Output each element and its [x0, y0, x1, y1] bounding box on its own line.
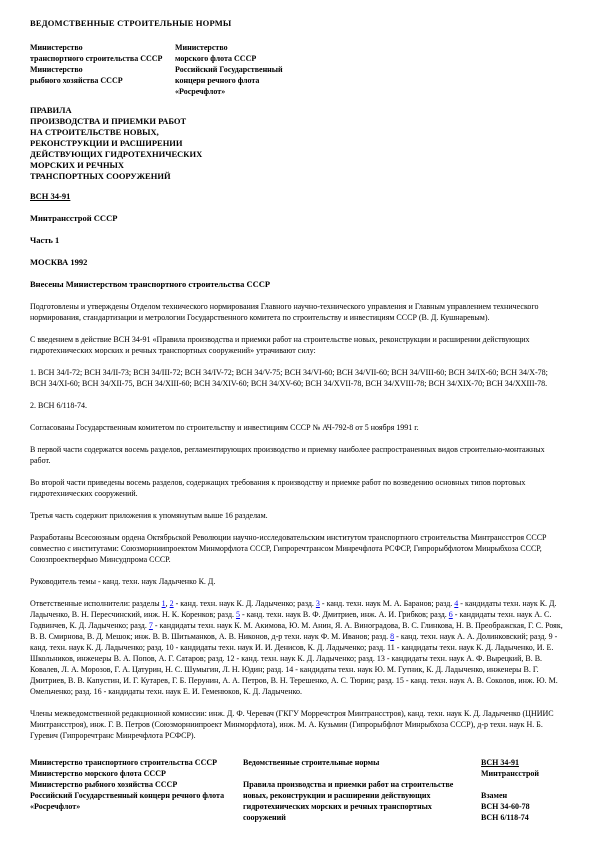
footer-replaces-label: Взамен [481, 790, 565, 801]
ministry-line: концерн речного флота [175, 75, 565, 86]
section-link[interactable]: 1 [162, 599, 166, 608]
paragraph: Во второй части приведены восемь раздело… [30, 477, 565, 499]
section-link[interactable]: 5 [236, 610, 240, 619]
footer-rules-text: Правила производства и приемки работ на … [243, 779, 465, 823]
ministry-line: Министерство [30, 42, 175, 53]
footer-replaces-item: ВСН 34-60-78 [481, 801, 565, 812]
ministry-line: Министерство [175, 42, 565, 53]
section-link[interactable]: 7 [149, 621, 153, 630]
footer-center-column: Ведомственные строительные нормы Правила… [243, 757, 465, 823]
ministry-line: рыбного хозяйства СССР [30, 75, 175, 86]
footer-vsn-code: ВСН 34-91 [481, 757, 565, 768]
footer-gap [243, 768, 465, 779]
paragraph: 2. ВСН 6/118-74. [30, 400, 565, 411]
footer-ministry-item: Министерство рыбного хозяйства СССР [30, 779, 225, 790]
ministry-line: Министерство [30, 64, 175, 75]
paragraph: Члены межведомственной редакционной коми… [30, 708, 565, 741]
rules-title-line: МОРСКИХ И РЕЧНЫХ [30, 160, 565, 171]
section-link[interactable]: 6 [449, 610, 453, 619]
footer-ministry-item: Российский Государственный концерн речно… [30, 790, 225, 812]
ministry-line: «Росречфлот» [175, 86, 565, 97]
rules-title-line: ТРАНСПОРТНЫХ СООРУЖЕНИЙ [30, 171, 565, 182]
ministries-block: Министерствотранспортного строительства … [30, 42, 565, 97]
vsn-code: ВСН 34-91 [30, 191, 565, 202]
submitted-by: Внесены Министерством транспортного стро… [30, 279, 565, 290]
ministry-line: морского флота СССР [175, 53, 565, 64]
ministry-column-left: Министерствотранспортного строительства … [30, 42, 175, 97]
paragraph: Третья часть содержит приложения к упомя… [30, 510, 565, 521]
paragraph: Руководитель темы - канд. техн. наук Лад… [30, 576, 565, 587]
footer-ministry-item: Министерство морского флота СССР [30, 768, 225, 779]
paragraph: В первой части содержатся восемь раздело… [30, 444, 565, 466]
paragraph: С введением в действие ВСН 34-91 «Правил… [30, 334, 565, 356]
rules-title-line: ДЕЙСТВУЮЩИХ ГИДРОТЕХНИЧЕСКИХ [30, 149, 565, 160]
rules-title-line: ПРАВИЛА [30, 105, 565, 116]
footer-replaces-list: ВСН 34-60-78ВСН 6/118-74 [481, 801, 565, 823]
paragraph: 1. ВСН 34/I-72; ВСН 34/II-73; ВСН 34/III… [30, 367, 565, 389]
document-page: ВЕДОМСТВЕННЫЕ СТРОИТЕЛЬНЫЕ НОРМЫ Министе… [0, 0, 595, 842]
city-year: МОСКВА 1992 [30, 257, 565, 268]
doc-type-header: ВЕДОМСТВЕННЫЕ СТРОИТЕЛЬНЫЕ НОРМЫ [30, 18, 565, 28]
section-link[interactable]: 4 [454, 599, 458, 608]
ministry-column-right: Министерствоморского флота СССРРоссийски… [175, 42, 565, 97]
ministry-label: Минтрансстрой СССР [30, 213, 565, 224]
section-link[interactable]: 2 [170, 599, 174, 608]
footer-ministry-name: Минтрансстрой [481, 768, 565, 779]
ministry-line: транспортного строительства СССР [30, 53, 175, 64]
section-link[interactable]: 8 [390, 632, 394, 641]
paragraph: Подготовлены и утверждены Отделом технич… [30, 301, 565, 323]
paragraph: Ответственные исполнители: разделы 1, 2 … [30, 598, 565, 697]
section-link[interactable]: 3 [316, 599, 320, 608]
rules-title-line: РЕКОНСТРУКЦИИ И РАСШИРЕНИИ [30, 138, 565, 149]
footer-table: Министерство транспортного строительства… [30, 757, 565, 823]
rules-title-line: НА СТРОИТЕЛЬСТВЕ НОВЫХ, [30, 127, 565, 138]
part-label: Часть 1 [30, 235, 565, 246]
footer-replaces-item: ВСН 6/118-74 [481, 812, 565, 823]
footer-gap [481, 779, 565, 790]
footer-ministry-item: Министерство транспортного строительства… [30, 757, 225, 768]
footer-right-column: ВСН 34-91 Минтрансстрой Взамен ВСН 34-60… [481, 757, 565, 823]
rules-title: ПРАВИЛАПРОИЗВОДСТВА И ПРИЕМКИ РАБОТНА СТ… [30, 105, 565, 182]
footer-norms-title: Ведомственные строительные нормы [243, 757, 465, 768]
body-paragraphs: Подготовлены и утверждены Отделом технич… [30, 301, 565, 741]
footer-ministries: Министерство транспортного строительства… [30, 757, 225, 823]
paragraph: Согласованы Государственным комитетом по… [30, 422, 565, 433]
paragraph: Разработаны Всесоюзным ордена Октябрьско… [30, 532, 565, 565]
rules-title-line: ПРОИЗВОДСТВА И ПРИЕМКИ РАБОТ [30, 116, 565, 127]
ministry-line: Российский Государственный [175, 64, 565, 75]
